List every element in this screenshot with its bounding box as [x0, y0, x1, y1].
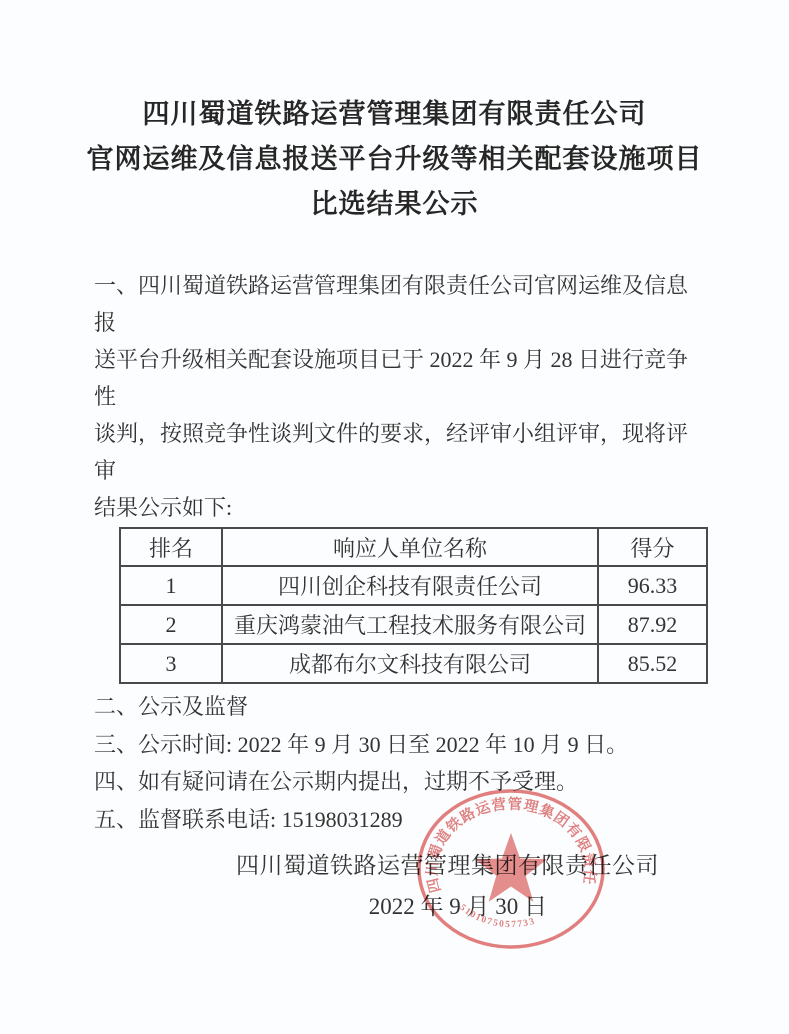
- paragraph-line: 谈判，按照竞争性谈判文件的要求，经评审小组评审，现将评审: [94, 415, 701, 489]
- signature-date: 2022 年 9 月 30 日: [0, 888, 547, 921]
- table-row: 3 成都布尔文科技有限公司 85.52: [120, 644, 707, 683]
- table-row: 2 重庆鸿蒙油气工程技术服务有限公司 87.92: [120, 605, 707, 644]
- result-table: 排名 响应人单位名称 得分 1 四川创企科技有限责任公司 96.33 2 重庆鸿…: [119, 527, 708, 684]
- item-phone: 五、监督联系电话: 15198031289: [94, 801, 701, 839]
- document-title: 四川蜀道铁路运营管理集团有限责任公司 官网运维及信息报送平台升级等相关配套设施项…: [0, 0, 789, 227]
- cell-score: 87.92: [598, 605, 707, 644]
- item-objection: 四、如有疑问请在公示期内提出，过期不予受理。: [94, 763, 701, 801]
- body-paragraph: 一、四川蜀道铁路运营管理集团有限责任公司官网运维及信息报 送平台升级相关配套设施…: [94, 267, 701, 526]
- cell-rank: 1: [120, 566, 222, 605]
- numbered-items: 二、公示及监督 三、公示时间: 2022 年 9 月 30 日至 2022 年 …: [94, 688, 701, 838]
- item-public-period: 三、公示时间: 2022 年 9 月 30 日至 2022 年 10 月 9 日…: [94, 726, 701, 764]
- cell-name: 重庆鸿蒙油气工程技术服务有限公司: [222, 605, 598, 644]
- title-line-2: 官网运维及信息报送平台升级等相关配套设施项目: [0, 137, 789, 182]
- paragraph-line: 结果公示如下:: [94, 489, 701, 526]
- cell-score: 85.52: [598, 644, 707, 683]
- paragraph-line: 送平台升级相关配套设施项目已于 2022 年 9 月 28 日进行竞争性: [94, 341, 701, 415]
- title-line-3: 比选结果公示: [0, 182, 789, 227]
- table-header-row: 排名 响应人单位名称 得分: [120, 528, 707, 566]
- document-page: 四川蜀道铁路运营管理集团有限责任公司 官网运维及信息报送平台升级等相关配套设施项…: [0, 0, 789, 1034]
- cell-name: 成都布尔文科技有限公司: [222, 644, 598, 683]
- header-rank: 排名: [120, 528, 222, 566]
- title-line-1: 四川蜀道铁路运营管理集团有限责任公司: [0, 92, 789, 137]
- cell-score: 96.33: [598, 566, 707, 605]
- cell-rank: 3: [120, 644, 222, 683]
- table-row: 1 四川创企科技有限责任公司 96.33: [120, 566, 707, 605]
- cell-name: 四川创企科技有限责任公司: [222, 566, 598, 605]
- signature-company: 四川蜀道铁路运营管理集团有限责任公司: [0, 847, 659, 880]
- item-supervision: 二、公示及监督: [94, 688, 701, 726]
- paragraph-line: 一、四川蜀道铁路运营管理集团有限责任公司官网运维及信息报: [94, 267, 701, 341]
- header-name: 响应人单位名称: [222, 528, 598, 566]
- header-score: 得分: [598, 528, 707, 566]
- cell-rank: 2: [120, 605, 222, 644]
